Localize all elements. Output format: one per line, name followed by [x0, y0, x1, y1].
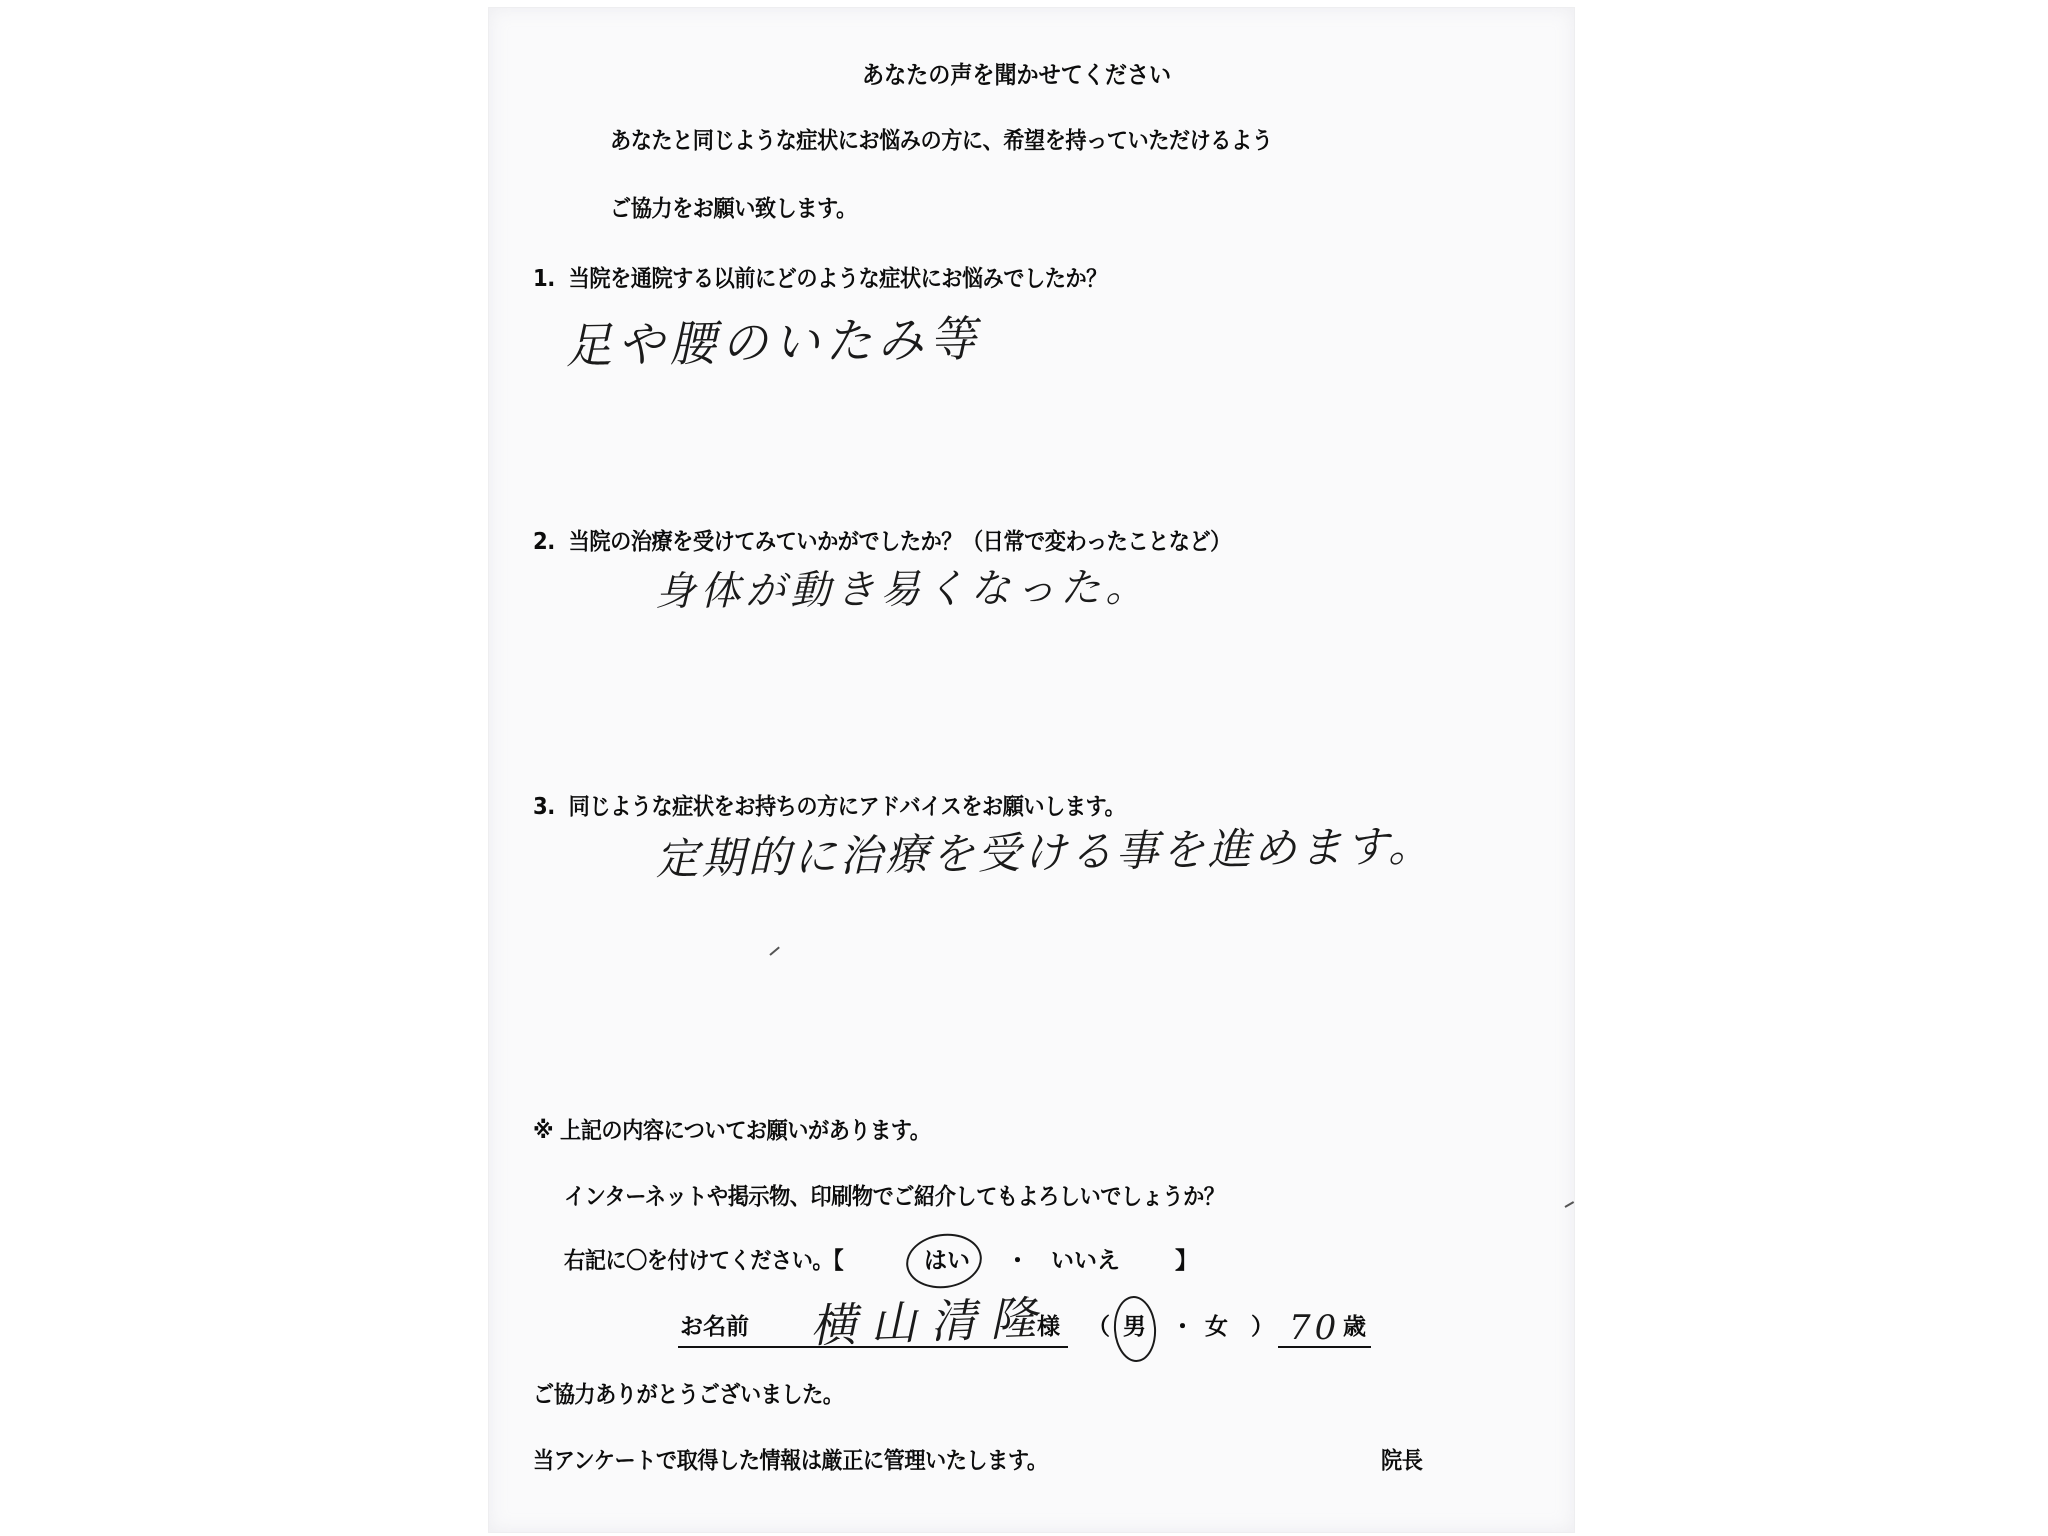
intro-line-1: あなたと同じような症状にお悩みの方に、希望を持っていただけるよう [610, 128, 1272, 154]
consent-note: ※ 上記の内容についてお願いがあります。 [533, 1118, 931, 1144]
question-1-number: 1. [533, 266, 555, 292]
name-handwritten[interactable]: 横山清隆 [809, 1282, 1051, 1356]
survey-sheet: あなたの声を聞かせてください あなたと同じような症状にお悩みの方に、希望を持って… [489, 8, 1574, 1532]
consent-option-no[interactable]: いいえ [1051, 1248, 1120, 1274]
honorific: 様 [1037, 1314, 1060, 1340]
gender-open-paren: （ [1087, 1314, 1110, 1340]
question-3-text: 同じような症状をお持ちの方にアドバイスをお願いします。 [569, 794, 1126, 820]
age-unit: 歳 [1343, 1314, 1366, 1340]
question-1-text: 当院を通院する以前にどのような症状にお悩みでしたか？ [569, 266, 1107, 292]
age-handwritten[interactable]: 70 [1289, 1308, 1340, 1348]
gender-female[interactable]: 女 [1205, 1314, 1228, 1340]
answer-1-handwritten: 足や腰のいたみ等 [565, 301, 982, 378]
question-2: 2. 当院の治療を受けてみていかがでしたか？（日常で変わったことなど） [533, 529, 1231, 555]
consent-close-bracket: 】 [1175, 1248, 1198, 1274]
question-1: 1. 当院を通院する以前にどのような症状にお悩みでしたか？ [533, 266, 1107, 292]
question-2-number: 2. [533, 529, 555, 555]
question-3-number: 3. [533, 794, 555, 820]
closing-signature: 院長 [1381, 1448, 1422, 1474]
stray-pen-mark [769, 947, 779, 956]
gender-close-paren: ） [1251, 1314, 1274, 1340]
answer-2-handwritten: 身体が動き易くなった。 [655, 556, 1150, 617]
male-circle-mark [1112, 1295, 1159, 1364]
question-3: 3. 同じような症状をお持ちの方にアドバイスをお願いします。 [533, 794, 1125, 820]
question-2-text: 当院の治療を受けてみていかがでしたか？（日常で変わったことなど） [569, 529, 1231, 555]
name-label: お名前 [680, 1314, 749, 1340]
consent-instruction: 右記に〇を付けてください。【 [564, 1248, 843, 1274]
consent-separator: ・ [1006, 1248, 1029, 1274]
intro-line-2: ご協力をお願い致します。 [610, 196, 857, 222]
stray-pen-mark-edge [1565, 1201, 1575, 1208]
consent-question: インターネットや掲示物、印刷物でご紹介してもよろしいでしょうか？ [564, 1184, 1225, 1210]
age-underline [1278, 1346, 1371, 1348]
gender-separator: ・ [1171, 1314, 1194, 1340]
survey-title: あなたの声を聞かせてください [862, 62, 1171, 88]
answer-3-handwritten: 定期的に治療を受ける事を進めます。 [655, 812, 1435, 887]
closing-privacy: 当アンケートで取得した情報は厳正に管理いたします。 [533, 1448, 1048, 1474]
closing-thanks: ご協力ありがとうございました。 [533, 1382, 844, 1408]
name-underline [678, 1346, 1068, 1348]
